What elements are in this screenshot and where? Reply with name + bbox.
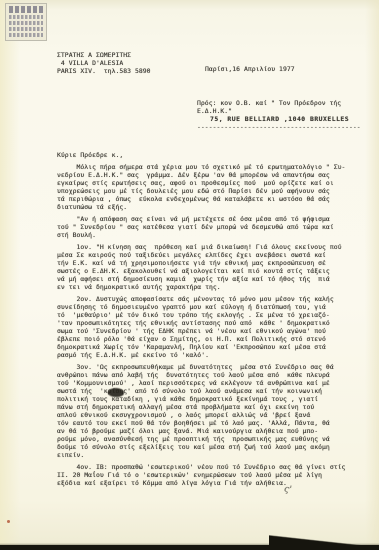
body-line: 4ον. ΙΒ: προσπαθώ 'εσωτερικού' νέου πού …	[57, 463, 365, 471]
salutation: Κύριε Πρόεδρε κ.,	[57, 151, 365, 159]
body-line: συνείδησης τό δημοσιευμένο γραπτό μου κα…	[57, 303, 365, 311]
body-line: εξόδια καί εξαίρει τό Κόμμα από λίγα λόγ…	[57, 479, 365, 487]
body-line: σωστά τής 'κρίσης' από τό σύνολο τού λαο…	[57, 387, 365, 395]
body-line: μέσα Σε καιρούς πού ταξιδεύει μεγάλες ελ…	[57, 251, 365, 259]
stamp-text-row	[9, 33, 43, 37]
body-line: Μόλις πήρα σήμερα στά χέρια μου τό σχετι…	[57, 163, 365, 171]
body-line: ΙΙ. 20 Μαΐου Γιά τό ο 'εσωτερικών' ενημε…	[57, 471, 365, 479]
body-line: 2ον. Δυστυχώς αποφασίσατε σάς μένοντας τ…	[57, 295, 365, 303]
body-line: τήν Ε.Κ. καί νά τή χρησιμοποιήσετε γιά τ…	[57, 259, 365, 267]
paragraph-6: 4ον. ΙΒ: προσπαθώ 'εσωτερικού' νέου πού …	[57, 463, 365, 487]
body-line: πολιτική τους καταδίκη , γιά κάθε δημοκρ…	[57, 395, 365, 403]
body-line: νά μή αφήσει στή δημοσίευση καμιά χωρίς …	[57, 275, 365, 283]
handwritten-mark: ς'	[283, 484, 292, 495]
body-line: τό 'μεθαύριο' μέ τόν δικό του τρόπο τής …	[57, 311, 365, 319]
typed-underline: ----------------------------------------…	[197, 123, 361, 131]
body-line: υποχρεώσεις μου μέ τίς δουλειές μου εδώ …	[57, 187, 365, 195]
body-line: αν θά τό βρούμε μαζί όλοι μας ξανά. Μιά …	[57, 427, 365, 435]
body-line: ανθρώποι πάνω από λαβή τής δυνατότητες τ…	[57, 371, 365, 379]
body-line: πάνω στή δημοκρατική αλλαγή μέσα στά προ…	[57, 403, 365, 411]
recipient-street-line: 75, RUE BELLIARD ,1040 BRUXELLES	[197, 115, 361, 123]
paragraph-2: "Αν ή απόφαση σας είναι νά μή μετέχετε σ…	[57, 215, 365, 239]
sender-address-line: PARIS XIV. τηλ.583 5890	[57, 67, 151, 75]
body-line: σωμα τού 'Συνεδρίου ' τής ΕΔΗΚ πρέπει νά…	[57, 327, 365, 335]
paragraph-5: 3ον. 'Ως εκπροσωπευθήκαμε μέ δυνατότητες…	[57, 363, 365, 459]
body-line: δούμε τό σύνολο στίς εξελίξεις του καί μ…	[57, 443, 365, 451]
body-line: εν τει νά δημοκρατικό αυτής χαρακτήρα τη…	[57, 283, 365, 291]
sender-address-line: ΣΤΡΑΤΗΣ Α ΣΩΜΕΡΙΤΗΣ	[57, 51, 151, 59]
date-line: Παρίσι,16 Απριλίου 1977	[205, 65, 295, 73]
sender-address-block: ΣΤΡΑΤΗΣ Α ΣΩΜΕΡΙΤΗΣ 4 VILLA D'ALESIAPARI…	[57, 51, 151, 75]
paragraph-3: 1ον. "Η κίνηση σας πρόθεση καί μιά δικαί…	[57, 243, 365, 291]
red-speck	[7, 520, 10, 523]
body-line: "Αν ή απόφαση σας είναι νά μή μετέχετε σ…	[57, 215, 365, 223]
stamp-text-row	[9, 27, 43, 31]
body-line: εγκαίρως στίς ερωτήσεις σας, αφού οι προ…	[57, 179, 365, 187]
paragraph-4: 2ον. Δυστυχώς αποφασίσατε σάς μένοντας τ…	[57, 295, 365, 359]
body-line: απλού εθνικού εκσυγχρονισμού , ο λαός μπ…	[57, 411, 365, 419]
body-line: δημοκρατικά Χωρίς τόν 'Καραμανλή, Πηλίου…	[57, 343, 365, 351]
archive-stamp	[5, 3, 47, 41]
ink-blot	[108, 388, 124, 397]
letter-body: Κύριε Πρόεδρε κ., Μόλις πήρα σήμερα στά …	[57, 151, 365, 491]
body-line: τού 'Κομμουνισμού' , λαοί περισσότερες ν…	[57, 379, 365, 387]
stamp-logo-row	[9, 6, 43, 13]
scan-bottom-edge	[0, 545, 379, 550]
stamp-text-row	[9, 15, 43, 19]
stamp-text-row	[9, 21, 43, 25]
paragraph-1: Μόλις πήρα σήμερα στά χέρια μου τό σχετι…	[57, 163, 365, 211]
recipient-line: Πρός: κον Ο.Β. καί " Τον Πρόεδρον τής	[197, 99, 361, 107]
body-line: έβλεπε ποιό ρόλο 'θά είχαν ο Σημίτης, οι…	[57, 335, 365, 343]
body-line: διατυπώσω τά εξής.	[57, 203, 365, 211]
scanned-letter-page: ΣΤΡΑΤΗΣ Α ΣΩΜΕΡΙΤΗΣ 4 VILLA D'ALESIAPARI…	[0, 0, 379, 550]
body-line: σωστές ο Ε.ΔΗ.Κ. εξακολουθεί νά αξιολογε…	[57, 267, 365, 275]
body-line: ειπείν.	[57, 451, 365, 459]
body-line: στή Βουλή.	[57, 231, 365, 239]
body-line: τόν εαυτό του εκεί πού θά τόν βοηθήσει μ…	[57, 419, 365, 427]
body-line: 1ον. "Η κίνηση σας πρόθεση καί μιά δικαί…	[57, 243, 365, 251]
sender-address-line: 4 VILLA D'ALESIA	[57, 59, 151, 67]
body-line: 3ον. 'Ως εκπροσωπευθήκαμε μέ δυνατότητες…	[57, 363, 365, 371]
body-line: 'ταν προσωπικότητες τής εθνικής αντίστασ…	[57, 319, 365, 327]
body-line: νεδρίου Ε.Δ.Η.Κ." σας γράμμα. Δέν ξέρω '…	[57, 171, 365, 179]
body-line: ρούμε μόνο, ανασύνθεσή της μέ προοπτική …	[57, 435, 365, 443]
recipient-line: Ε.Δ.Η.Κ."	[197, 107, 361, 115]
body-line: ρασμό τής Ε.Δ.Η.Κ. μέ εκείνο τό 'καλό'.	[57, 351, 365, 359]
recipient-address-block: Πρός: κον Ο.Β. καί " Τον Πρόεδρον τής Ε.…	[197, 99, 361, 131]
body-line: τού " Συνεδρίου " σας κατέθεσα γιατί δέν…	[57, 223, 365, 231]
body-line: τά περιθώρια , όπως εύκολα ενδεχομένως θ…	[57, 195, 365, 203]
